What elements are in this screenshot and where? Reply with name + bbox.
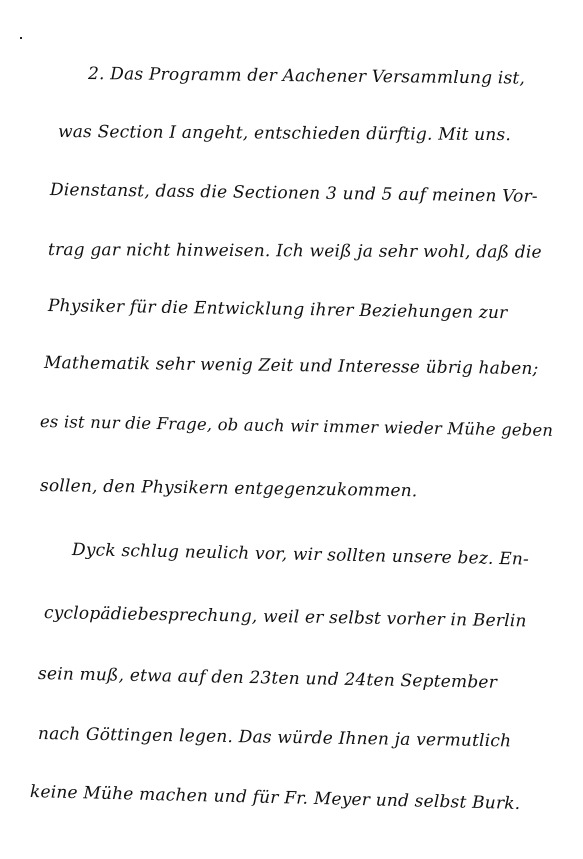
- letter-page: 2. Das Programm der Aachener Versammlung…: [0, 0, 583, 859]
- text-line-8: sollen, den Physikern entgegenzukommen.: [40, 476, 418, 501]
- text-line-13: keine Mühe machen und für Fr. Meyer und …: [30, 782, 521, 814]
- text-line-3: Dienstanst, dass die Sectionen 3 und 5 a…: [50, 180, 538, 207]
- text-line-9: Dyck schlug neulich vor, wir sollten uns…: [72, 540, 529, 570]
- text-line-4: trag gar nicht hinweisen. Ich weiß ja se…: [48, 240, 542, 263]
- text-line-6: Mathematik sehr wenig Zeit und Interesse…: [44, 353, 539, 379]
- ink-speck: [20, 37, 22, 39]
- text-line-5: Physiker für die Entwicklung ihrer Bezie…: [48, 296, 508, 323]
- text-line-11: sein muß, etwa auf den 23ten und 24ten S…: [38, 664, 497, 693]
- text-line-10: cyclopädiebesprechung, weil er selbst vo…: [44, 603, 527, 631]
- text-line-12: nach Göttingen legen. Das würde Ihnen ja…: [38, 724, 512, 751]
- text-line-7: es ist nur die Frage, ob auch wir immer …: [40, 412, 553, 440]
- text-line-2: was Section I angeht, entschieden dürfti…: [58, 122, 511, 145]
- text-line-1: 2. Das Programm der Aachener Versammlung…: [88, 64, 525, 89]
